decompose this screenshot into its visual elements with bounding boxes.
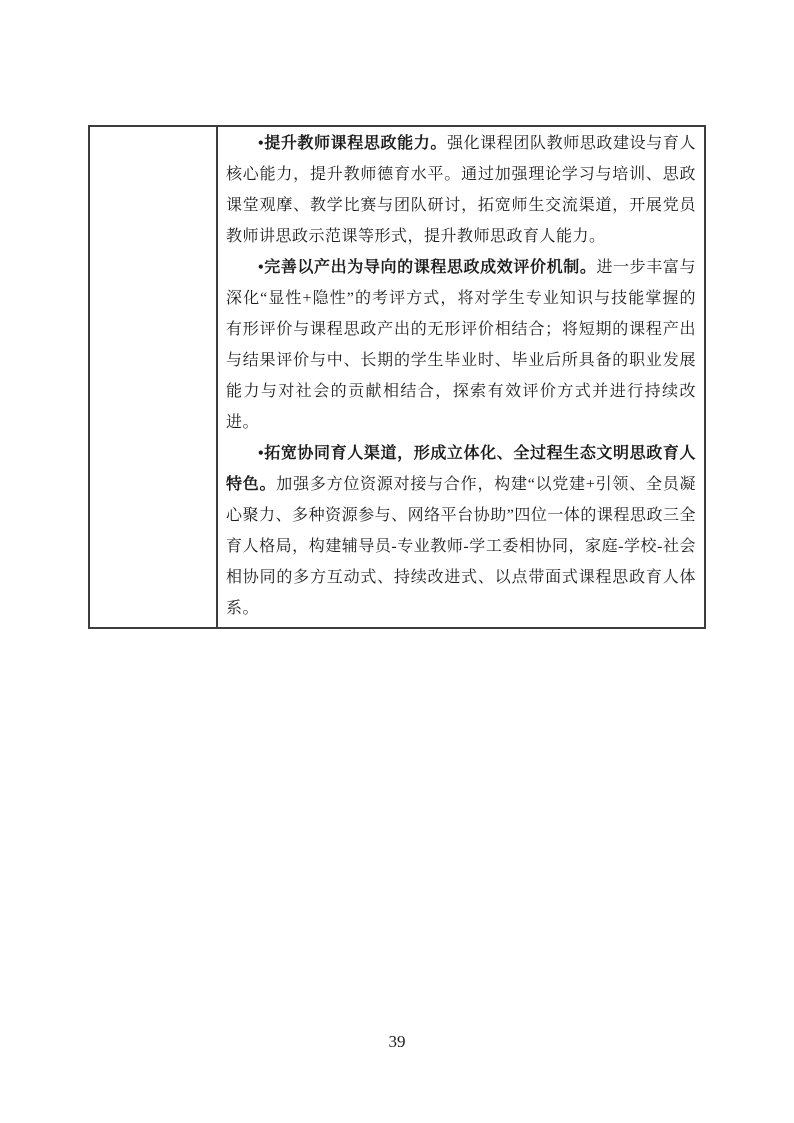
bullet-paragraph-1: •提升教师课程思政能力。强化课程团队教师思政建设与育人核心能力，提升教师德育水平… bbox=[226, 128, 696, 252]
bullet-paragraph-1-lead: •提升教师课程思政能力。 bbox=[258, 135, 447, 152]
page-number: 39 bbox=[0, 1032, 794, 1052]
document-page: •提升教师课程思政能力。强化课程团队教师思政建设与育人核心能力，提升教师德育水平… bbox=[0, 0, 794, 1123]
bullet-paragraph-2-lead: •完善以产出为导向的课程思政成效评价机制。 bbox=[258, 259, 596, 276]
content-table: •提升教师课程思政能力。强化课程团队教师思政建设与育人核心能力，提升教师德育水平… bbox=[88, 125, 706, 629]
bullet-paragraph-2-body: 进一步丰富与深化“显性+隐性”的考评方式，将对学生专业知识与技能掌握的有形评价与… bbox=[226, 259, 696, 431]
table-cell-left-empty bbox=[90, 127, 218, 627]
table-cell-content: •提升教师课程思政能力。强化课程团队教师思政建设与育人核心能力，提升教师德育水平… bbox=[218, 127, 704, 627]
bullet-paragraph-2: •完善以产出为导向的课程思政成效评价机制。进一步丰富与深化“显性+隐性”的考评方… bbox=[226, 252, 696, 438]
bullet-paragraph-3-body: 加强多方位资源对接与合作，构建“以党建+引领、全员凝心聚力、多种资源参与、网络平… bbox=[226, 476, 696, 617]
bullet-paragraph-3: •拓宽协同育人渠道，形成立体化、全过程生态文明思政育人特色。加强多方位资源对接与… bbox=[226, 438, 696, 624]
